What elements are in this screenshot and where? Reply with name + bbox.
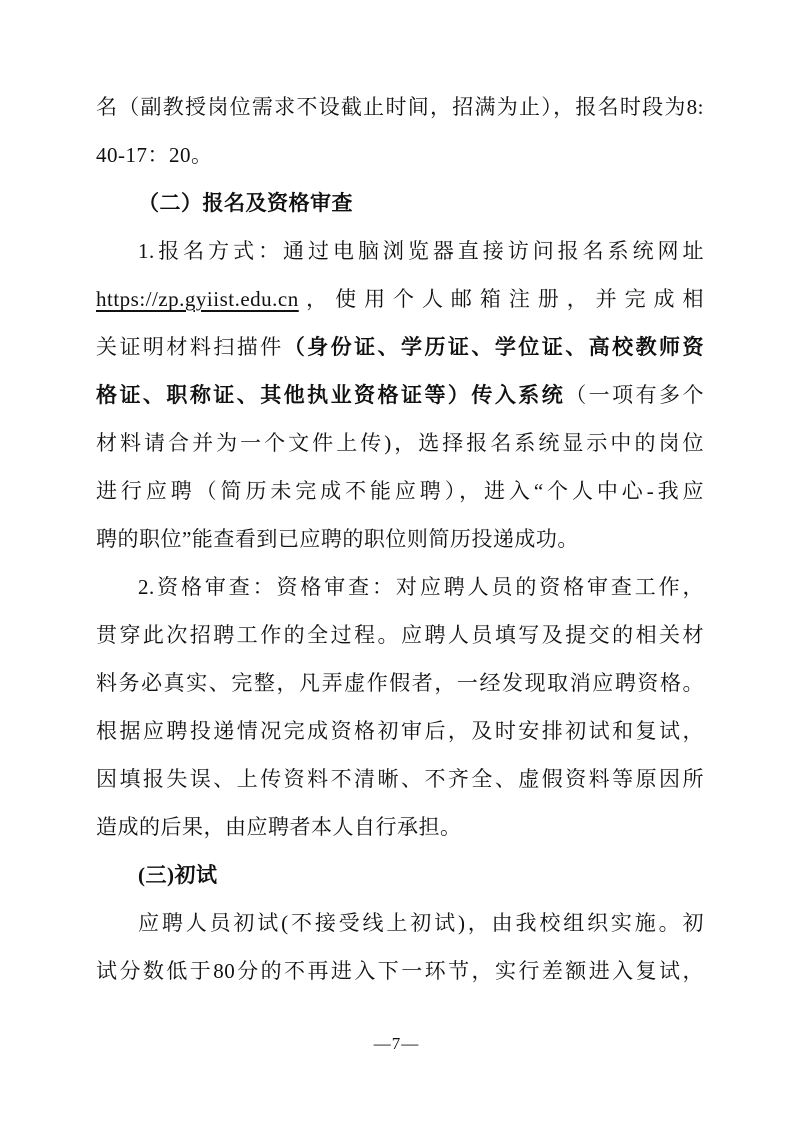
paragraph-line: 应聘人员初试(不接受线上初试)，由我校组织实施。初 <box>96 899 704 947</box>
paragraph-line: 造成的后果，由应聘者本人自行承担。 <box>96 803 704 851</box>
paragraph-line: 材料请合并为一个文件上传)，选择报名系统显示中的岗位 <box>96 419 704 467</box>
section-heading-registration-review: （二）报名及资格审查 <box>96 179 704 227</box>
document-page: 名（副教授岗位需求不设截止时间，招满为止），报名时段为8: 40-17：20。 … <box>0 0 793 1122</box>
required-documents-bold-text: 格证、职称证、其他执业资格证等）传入系统 <box>96 383 565 407</box>
paragraph-line: 关证明材料扫描件（身份证、学历证、学位证、高校教师资 <box>96 323 704 371</box>
paragraph-line: 因填报失误、上传资料不清晰、不齐全、虚假资料等原因所 <box>96 755 704 803</box>
paragraph-text: 关证明材料扫描件 <box>96 335 284 359</box>
paragraph-line: 聘的职位”能查看到已应聘的职位则简历投递成功。 <box>96 515 704 563</box>
application-system-url-link[interactable]: https://zp.gyiist.edu.cn <box>96 287 299 311</box>
paragraph-line: https://zp.gyiist.edu.cn，使用个人邮箱注册，并完成相 <box>96 275 704 323</box>
section-heading-first-test: (三)初试 <box>96 851 704 899</box>
paragraph-line: 格证、职称证、其他执业资格证等）传入系统（一项有多个 <box>96 371 704 419</box>
paragraph-line: 40-17：20。 <box>96 131 704 179</box>
page-number-footer: —7— <box>0 1032 793 1056</box>
document-body: 名（副教授岗位需求不设截止时间，招满为止），报名时段为8: 40-17：20。 … <box>96 83 704 995</box>
paragraph-text: ，使用个人邮箱注册，并完成相 <box>299 287 704 311</box>
required-documents-bold-text: （身份证、学历证、学位证、高校教师资 <box>284 335 704 359</box>
paragraph-line: 料务必真实、完整，凡弄虚作假者，一经发现取消应聘资格。 <box>96 659 704 707</box>
paragraph-line: 试分数低于80分的不再进入下一环节，实行差额进入复试， <box>96 947 704 995</box>
paragraph-line: 名（副教授岗位需求不设截止时间，招满为止），报名时段为8: <box>96 83 704 131</box>
paragraph-text: （一项有多个 <box>565 383 704 407</box>
paragraph-line: 2.资格审查：资格审查：对应聘人员的资格审查工作， <box>96 563 704 611</box>
paragraph-line: 根据应聘投递情况完成资格初审后，及时安排初试和复试， <box>96 707 704 755</box>
paragraph-line: 进行应聘（简历未完成不能应聘），进入“个人中心-我应 <box>96 467 704 515</box>
paragraph-line: 贯穿此次招聘工作的全过程。应聘人员填写及提交的相关材 <box>96 611 704 659</box>
paragraph-line: 1.报名方式：通过电脑浏览器直接访问报名系统网址 <box>96 227 704 275</box>
